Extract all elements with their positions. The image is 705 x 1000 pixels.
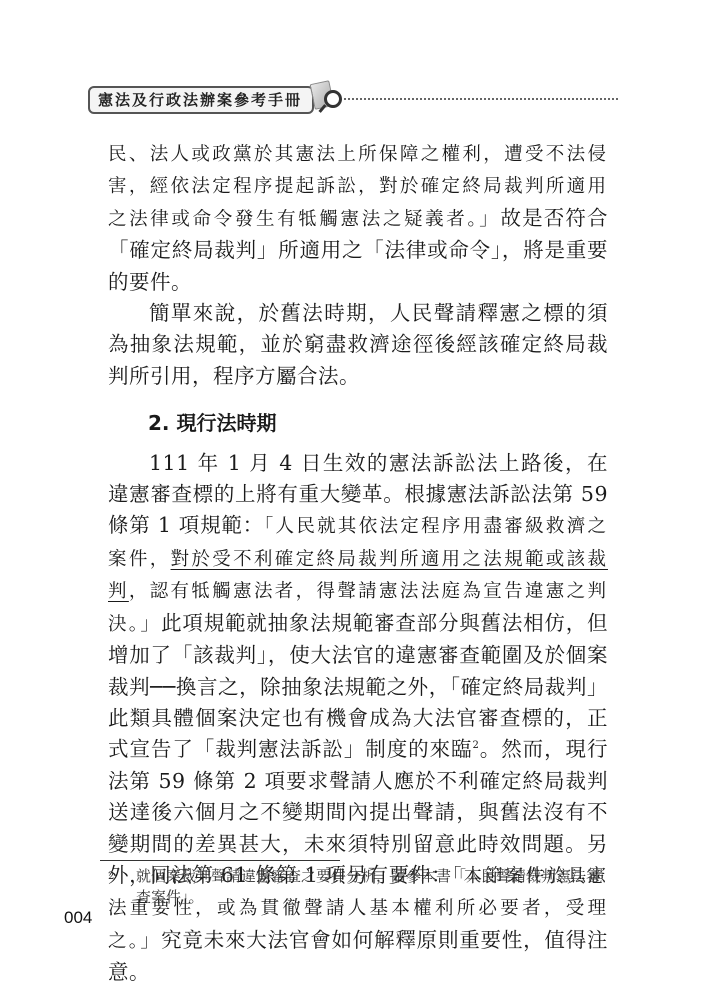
page-number: 004 bbox=[64, 908, 92, 928]
footnote-divider bbox=[100, 860, 340, 861]
header-dotted-rule bbox=[344, 98, 618, 100]
running-header: 憲法及行政法辦案參考手冊 bbox=[88, 82, 618, 116]
footnote-number: 2 bbox=[108, 866, 114, 887]
paragraph-2: 簡單來說，於舊法時期，人民聲請釋憲之標的須為抽象法規範，並於窮盡救濟途徑後經該確… bbox=[108, 298, 608, 392]
section-heading: 2. 現行法時期 bbox=[108, 408, 608, 439]
magnifier-icon bbox=[324, 90, 342, 108]
footnote: 2 就個案裁判聲請違憲審查之要件分析，請參本書「人民聲請裁判憲法審查案件」。 bbox=[108, 866, 608, 908]
paragraph-1: 民、法人或政黨於其憲法上所保障之權利，遭受不法侵害，經依法定程序提起訴訟，對於確… bbox=[108, 138, 608, 298]
paragraph-text: 究竟未來大法官會如何解釋原則重要性，值得注意。 bbox=[108, 928, 608, 984]
footnote-text: 就個案裁判聲請違憲審查之要件分析，請參本書「人民聲請裁判憲法審查案件」。 bbox=[136, 866, 608, 908]
book-title: 憲法及行政法辦案參考手冊 bbox=[88, 86, 314, 114]
